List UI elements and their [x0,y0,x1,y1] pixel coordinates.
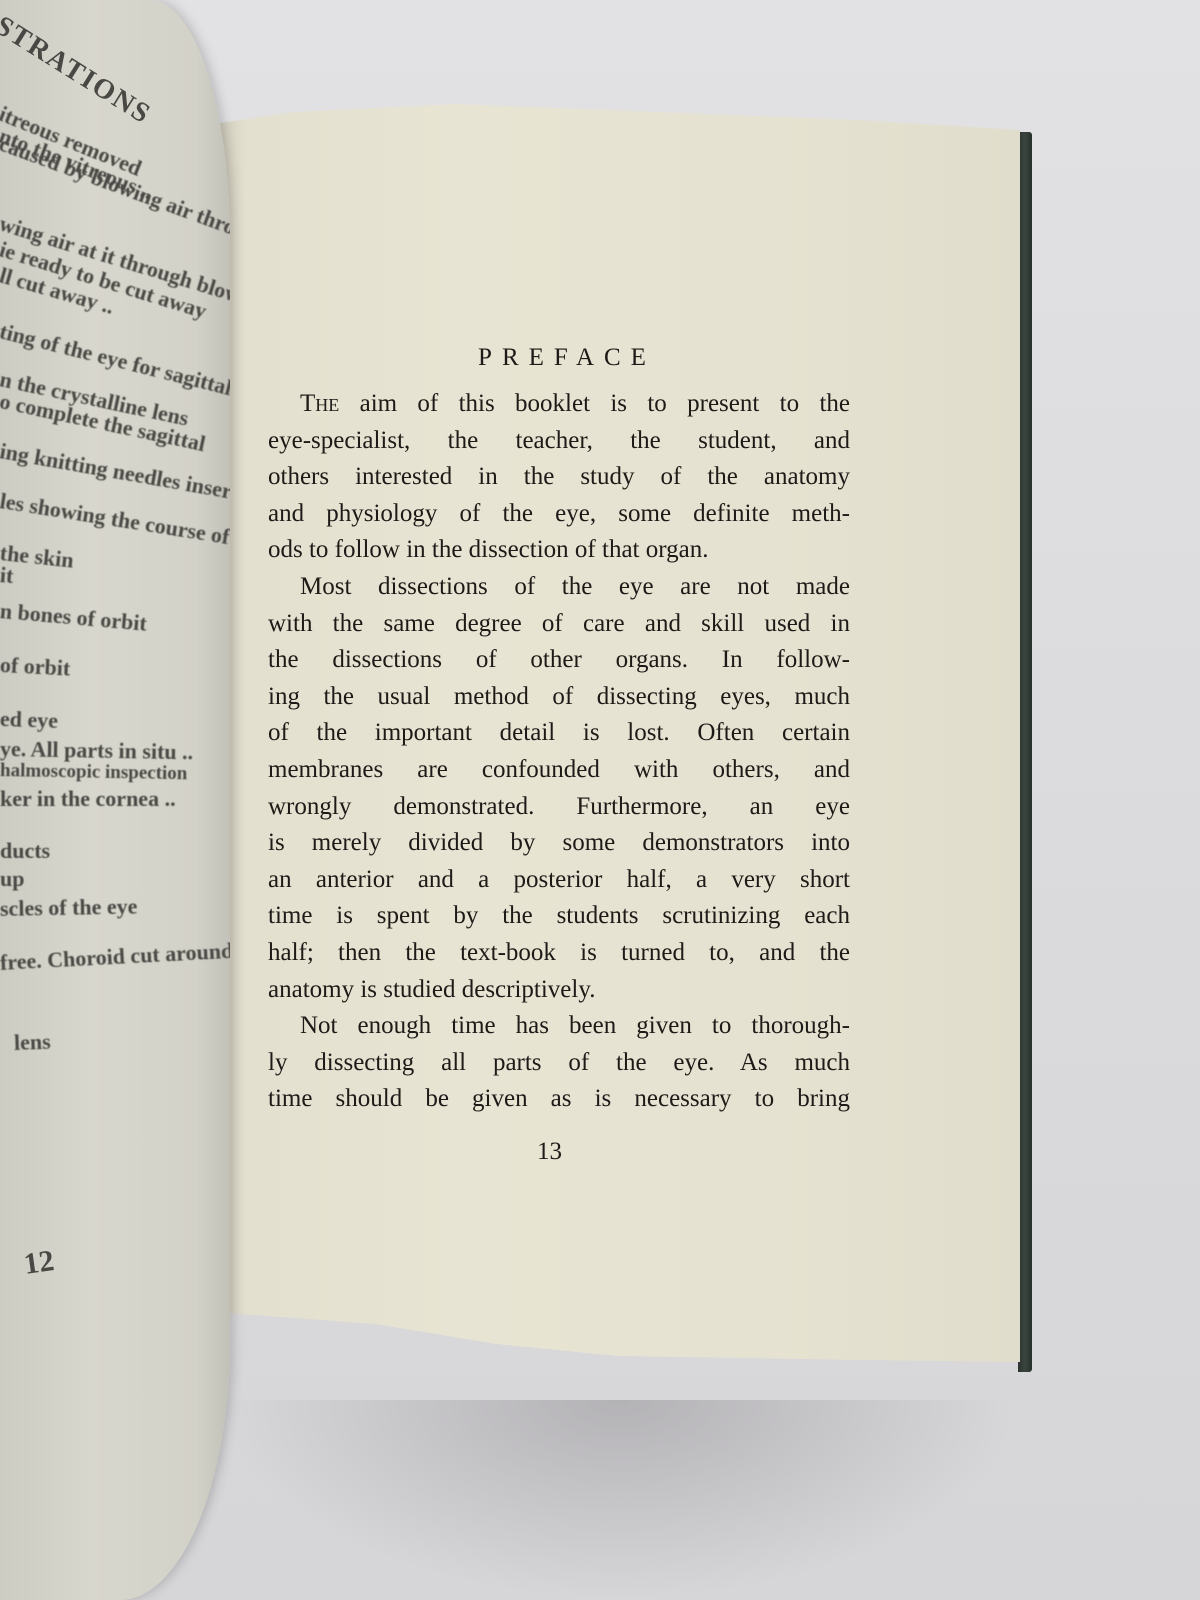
page-title: PREFACE [268,344,850,372]
illustration-list-item: n bones of orbit [0,598,148,637]
illustration-list-item: up [0,866,24,892]
left-page-curled: STRATIONS itreous removed nto the vitreo… [0,0,230,1600]
text-line: eye-specialist, the teacher, the student… [268,423,850,460]
text-line: anatomy is studied descriptively. [268,972,850,1009]
preface-text-block: PREFACE The aim of this booklet is to pr… [268,344,850,1118]
illustration-list-item: ed eye [0,706,58,734]
text-line: Not enough time has been given to thorou… [268,1008,850,1045]
illustration-list-item: of orbit [0,652,71,682]
text-line: is merely divided by some demonstrators … [268,825,850,862]
page-number-right: 13 [537,1138,562,1166]
illustration-list-item: ker in the cornea .. [0,786,176,812]
text-line: ing the usual method of dissecting eyes,… [268,679,850,716]
text-line: Most dissections of the eye are not made [268,569,850,606]
text-line: membranes are confounded with others, an… [268,752,850,789]
text-line: and physiology of the eye, some definite… [268,496,850,533]
text-line: half; then the text-book is turned to, a… [268,935,850,972]
text-line: others interested in the study of the an… [268,459,850,496]
book-cover-edge [1018,132,1032,1372]
text-line: ly dissecting all parts of the eye. As m… [268,1045,850,1082]
text-line: time should be given as is necessary to … [268,1081,850,1118]
text-line: wrongly demonstrated. Furthermore, an ey… [268,789,850,826]
text-line: time is spent by the students scrutinizi… [268,898,850,935]
text-line: of the important detail is lost. Often c… [268,715,850,752]
illustration-list-item: ducts [0,838,50,864]
illustration-list-item: lens [14,1029,52,1056]
illustration-list-item: free. Choroid cut around [0,938,230,976]
text-line: The aim of this booklet is to present to… [268,386,850,423]
text-line: ods to follow in the dissection of that … [268,532,850,569]
illustration-list-item: scles of the eye [0,894,138,922]
drop-word: The [300,390,339,417]
text-line: with the same degree of care and skill u… [268,606,850,643]
text-line: the dissections of other organs. In foll… [268,642,850,679]
page-shadow [220,1400,1020,1600]
illustration-list-item: it [0,562,15,589]
page-number-left: 12 [22,1244,56,1282]
illustration-list-item: halmoscopic inspection [0,760,188,785]
text-line: an anterior and a posterior half, a very… [268,862,850,899]
